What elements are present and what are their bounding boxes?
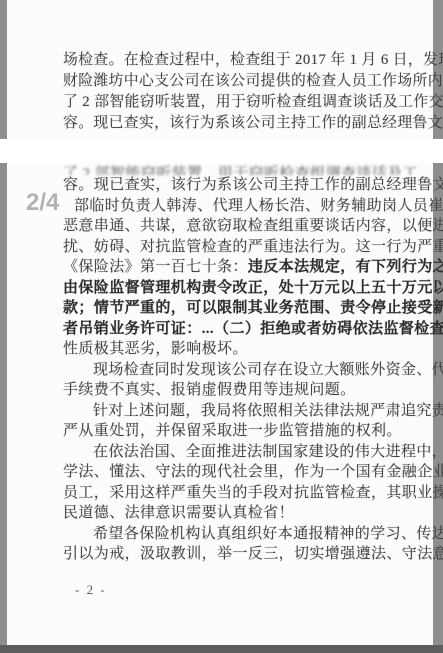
document-text-line: 部临时负责人韩涛、代理人杨长浩、财务辅助岗人员崔昭等人: [63, 196, 418, 217]
document-text-line: 了 2 部智能窃听装置，用于窃听检查组调查谈话及工作交流内: [63, 164, 418, 175]
document-text-line: 由保险监督管理机构责令改正，处十万元以上五十万元以下的罚: [63, 278, 418, 299]
document-text-line: 性质极其恶劣，影响极坏。: [63, 339, 418, 360]
document-text-line: 现场检查同时发现该公司存在设立大额账外资金、代理业务: [63, 360, 418, 381]
viewer-background-edge: [0, 0, 7, 139]
document-text-segment: 违反本法规定，有下列行为之一的，: [248, 259, 443, 275]
document-text-line: 在依法治国、全面推进法制国家建设的伟大进程中，在全民: [63, 442, 418, 463]
scanned-page-fragment-top: 场检查。在检查过程中，检查组于 2017 年 1 月 6 日，发现英大财险潍坊中…: [7, 0, 433, 139]
document-text-line: 扰、妨碍、对抗监管检查的严重违法行为。这一行为严重违反了: [63, 237, 418, 258]
viewer-background-edge: [0, 163, 7, 645]
document-text-line: 者吊销业务许可证：...（二）拒绝或者妨碍依法监督检查的....: [63, 319, 418, 340]
document-text-line: 容。现已查实，该行为系该公司主持工作的副总经理鲁文涛、综: [63, 113, 417, 134]
scanned-page-fragment-main: 了 2 部智能窃听装置，用于窃听检查组调查谈话及工作交流内容。现已查实，该行为系…: [7, 163, 433, 645]
document-text-line: 场检查。在检查过程中，检查组于 2017 年 1 月 6 日，发现英大: [63, 50, 417, 71]
page-number-label: - 2 -: [75, 582, 418, 598]
document-text-line: 了 2 部智能窃听装置，用于窃听检查组调查谈话及工作交流内: [63, 92, 417, 113]
document-text-block: 了 2 部智能窃听装置，用于窃听检查组调查谈话及工作交流内容。现已查实，该行为系…: [63, 164, 418, 565]
document-text-line: 希望各保险机构认真组织好本通报精神的学习、传达、贯彻，: [63, 524, 418, 545]
document-text-line: 严从重处罚，并保留采取进一步监管措施的权利。: [63, 421, 418, 442]
page-indicator-overlay: 2/4: [26, 189, 59, 217]
document-text-line: 学法、懂法、守法的现代社会里，作为一个国有金融企业的高管、: [63, 462, 418, 483]
document-text-line: 容。现已查实，该行为系该公司主持工作的副总经理鲁文涛、综: [63, 175, 418, 196]
document-text-segment: 《保险法》第一百七十条：: [63, 259, 248, 275]
document-text-line: 《保险法》第一百七十条：违反本法规定，有下列行为之一的，: [63, 257, 418, 278]
document-text-line: 手续费不真实、报销虚假费用等违规问题。: [63, 380, 418, 401]
document-text-line: 恶意串通、共谋，意欲窃取检查组重要谈话内容，以便进一步干: [63, 216, 418, 237]
document-text-line: 民道德、法律意识需要认真检省！: [63, 503, 418, 524]
document-text-line: 针对上述问题，我局将依照相关法律法规严肃追究责任，从: [63, 401, 418, 422]
document-text-line: 引以为戒，汲取教训，举一反三，切实增强遵法、守法意识，坚: [63, 544, 418, 565]
document-text-line: 款；情节严重的，可以限制其业务范围、责令停止接受新业务或: [63, 298, 418, 319]
viewer-background-bottom: [0, 645, 443, 653]
document-text-line: 财险潍坊中心支公司在该公司提供的检查人员工作场所内安装: [63, 71, 417, 92]
document-text-line: 员工，采用这样严重失当的手段对抗监管检查，其职业操守、公: [63, 483, 418, 504]
